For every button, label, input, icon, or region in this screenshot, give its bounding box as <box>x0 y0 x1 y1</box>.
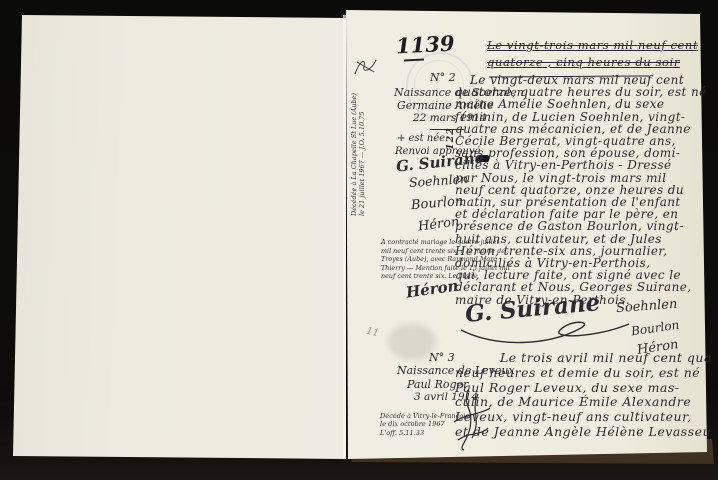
gutter-page-edge <box>343 15 346 459</box>
act1-note-born: + est née <box>397 134 445 144</box>
register-line: et de Jeanne Angèle Hélène Levasseur <box>455 425 711 440</box>
struck-note-line: quatorze , cinq heures du soir <box>487 57 680 69</box>
act2-margin-number: N° 3 <box>429 352 455 363</box>
act1-body: Le vingt-deux mars mil neuf cent quatorz… <box>455 74 707 312</box>
register-line: féminin, de Lucien Soehnlen, vingt- <box>455 111 707 123</box>
gutter-death-note-line: le 21 juillet 1967 — J.O. 5.10.75 <box>358 93 366 216</box>
gutter-death-note-line: Décédée à La Chapelle St Luc (Aube) <box>350 93 358 216</box>
register-line: neuf heures et demie du soir, est né <box>455 366 711 381</box>
register-line: présence de Gaston Bourlon, vingt- <box>455 220 707 232</box>
register-line: maine Amélie Soehnlen, du sexe <box>455 98 707 110</box>
register-line: par Nous, le vingt-trois mars mil <box>455 172 707 184</box>
gutter-scribble <box>352 56 378 78</box>
struck-note-line: Le vingt-trois mars mil neuf cent <box>487 40 698 52</box>
register-line: culin, de Maurice Émile Alexandre <box>455 395 711 410</box>
register-line: Le trois avril mil neuf cent quatorze, <box>455 351 711 366</box>
register-line: huit ans, cultivateur, et de Jules <box>455 233 707 245</box>
act2-body: Le trois avril mil neuf cent quatorze, n… <box>455 351 711 445</box>
folio-number: 1139 <box>395 32 454 56</box>
gutter-death-note: Décédée à La Chapelle St Luc (Aube) le 2… <box>350 93 366 216</box>
register-line: ciliés à Vitry-en-Perthois - Dressé <box>455 159 707 171</box>
register-line: Leveux, vingt-neuf ans cultivateur, <box>455 410 711 425</box>
signature-flourish <box>457 318 635 344</box>
act1-margin-number: N° 2 <box>430 72 456 83</box>
register-line: Paul Roger Leveux, du sexe mas- <box>455 381 711 396</box>
scanned-register-spread: 1139 Le vingt-trois mars mil neuf cent q… <box>0 0 718 480</box>
